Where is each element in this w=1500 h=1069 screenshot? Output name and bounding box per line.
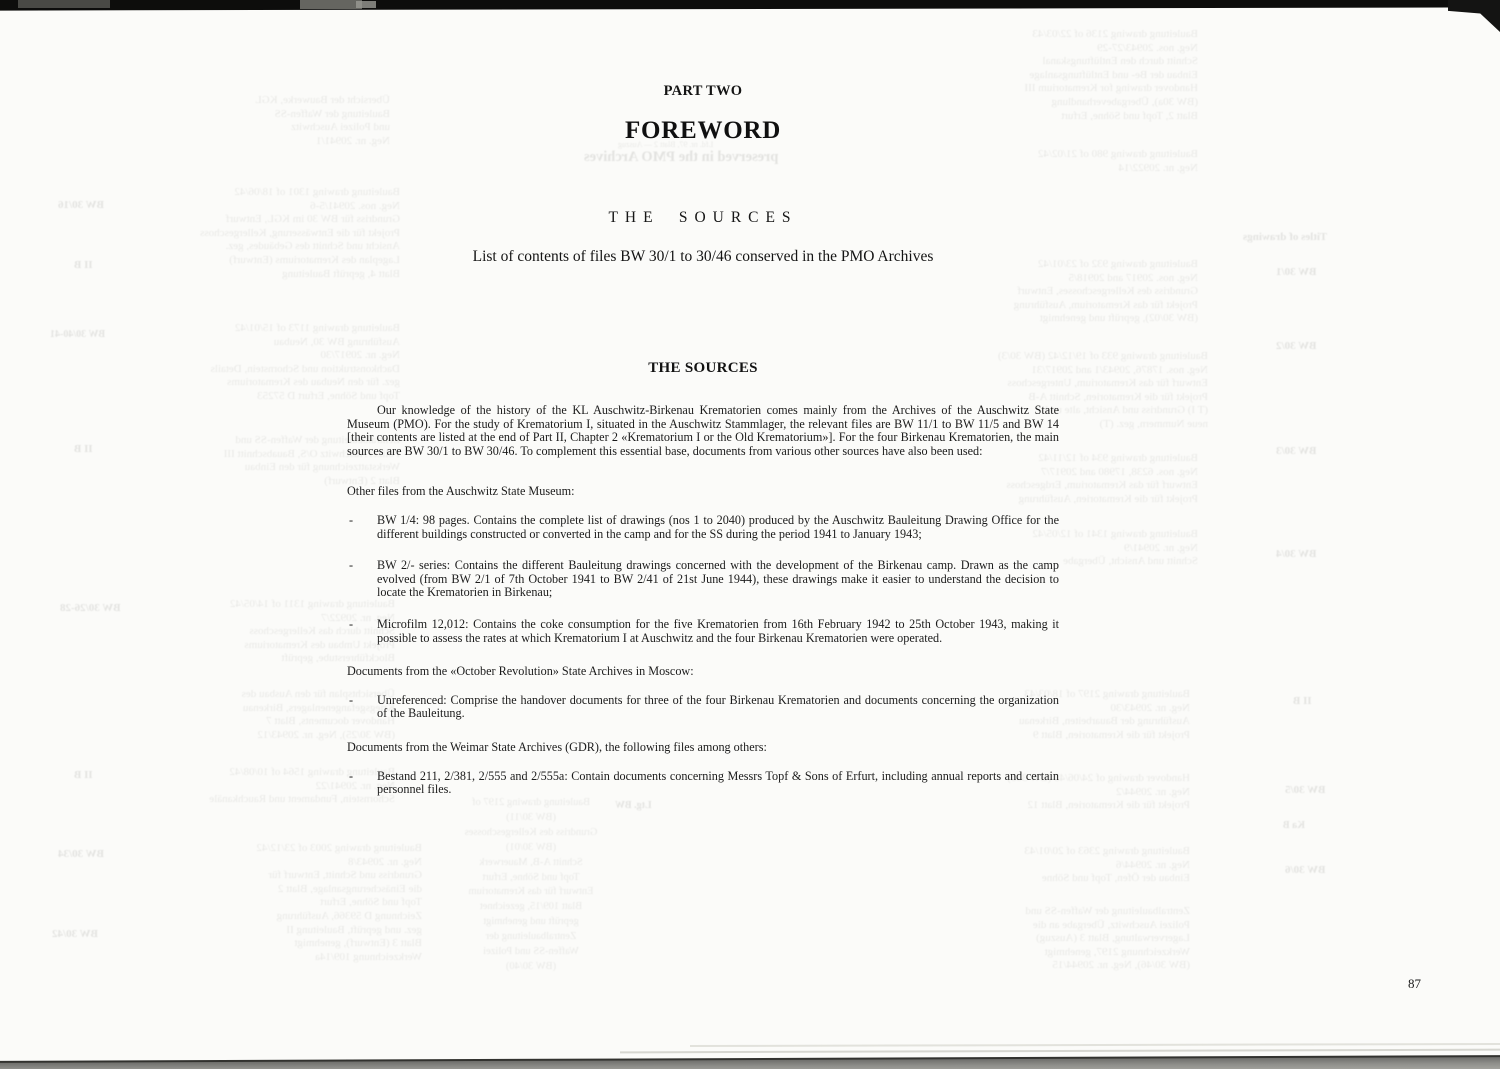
section-heading-bold: THE SOURCES bbox=[347, 360, 1059, 377]
list-dash: - bbox=[349, 559, 353, 573]
source-list-item-text: Unreferenced: Comprise the handover docu… bbox=[377, 693, 1059, 721]
part-label: PART TWO bbox=[347, 83, 1059, 99]
subtitle: List of contents of files BW 30/1 to 30/… bbox=[347, 248, 1059, 266]
section-heading-spaced: THE SOURCES bbox=[347, 209, 1059, 226]
source-list-item: - BW 2/- series: Contains the different … bbox=[347, 559, 1059, 600]
source-list-item: - BW 1/4: 98 pages. Contains the complet… bbox=[347, 514, 1059, 541]
source-list-item-text: BW 1/4: 98 pages. Contains the complete … bbox=[377, 513, 1059, 541]
source-group-heading: Other files from the Auschwitz State Mus… bbox=[347, 485, 1059, 499]
list-dash: - bbox=[349, 770, 353, 784]
list-dash: - bbox=[349, 618, 353, 632]
source-group-heading: Documents from the Weimar State Archives… bbox=[347, 741, 1059, 755]
list-dash: - bbox=[349, 514, 353, 528]
scan-edge-artifact bbox=[18, 0, 110, 8]
list-dash: - bbox=[349, 694, 353, 708]
source-list-item-text: Bestand 211, 2/381, 2/555 and 2/555a: Co… bbox=[377, 769, 1059, 797]
source-list-item-text: BW 2/- series: Contains the different Ba… bbox=[377, 558, 1059, 599]
source-list-item: - Unreferenced: Comprise the handover do… bbox=[347, 694, 1059, 721]
source-list-item-text: Microfilm 12,012: Contains the coke cons… bbox=[377, 617, 1059, 645]
page-content: PART TWO FOREWORD THE SOURCES List of co… bbox=[347, 0, 1059, 797]
scanned-book-page: { "page": { "kicker": "PART TWO", "title… bbox=[0, 0, 1500, 1069]
intro-paragraph: Our knowledge of the history of the KL A… bbox=[347, 404, 1059, 458]
page-number: 87 bbox=[1408, 976, 1421, 991]
page-title: FOREWORD bbox=[347, 117, 1059, 144]
source-group-heading: Documents from the «October Revolution» … bbox=[347, 665, 1059, 679]
source-list-item: - Microfilm 12,012: Contains the coke co… bbox=[347, 618, 1059, 645]
source-list-item: - Bestand 211, 2/381, 2/555 and 2/555a: … bbox=[347, 770, 1059, 797]
